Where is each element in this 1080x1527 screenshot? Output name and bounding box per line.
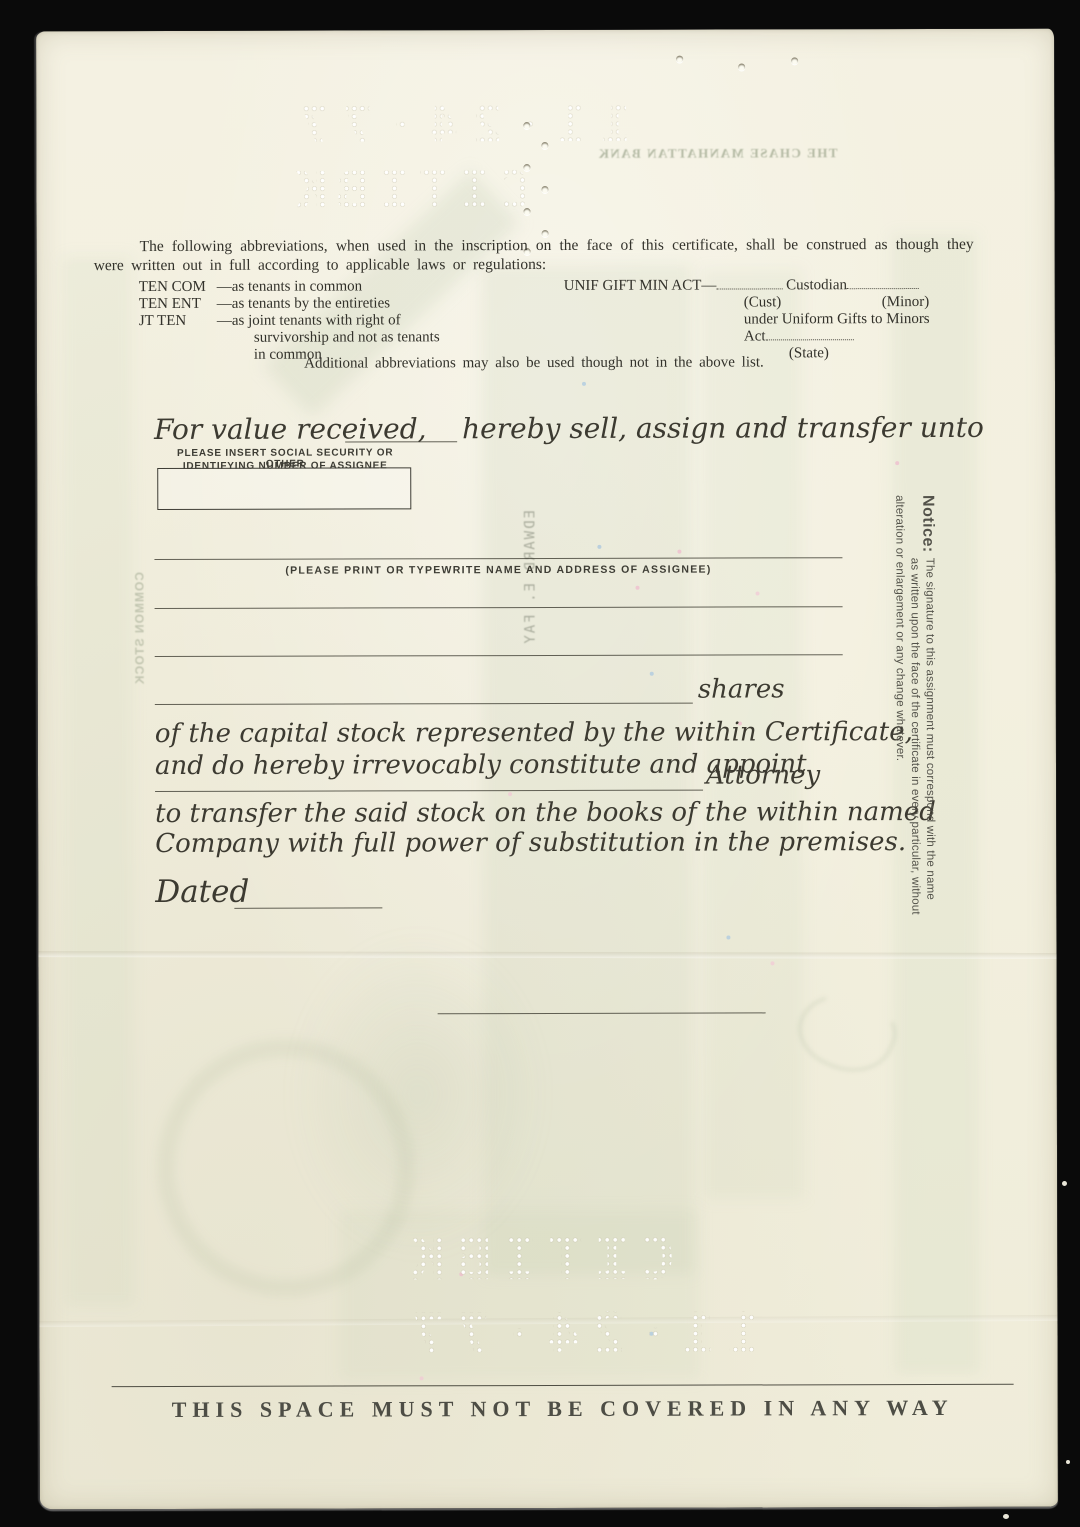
punch-hole	[542, 230, 549, 237]
abbr-jt-ten: JT TEN—as joint tenants with right of	[139, 312, 401, 330]
under-uniform-gifts: under Uniform Gifts to Minors	[744, 311, 930, 328]
signature-notice: Notice: The signature to this assignment…	[844, 495, 937, 935]
punch-date-bottom: 11·24·77	[399, 1297, 819, 1368]
assignee-line-3	[155, 654, 843, 657]
act-label: Act	[744, 328, 854, 345]
punch-hole	[676, 56, 683, 63]
paper-fibre	[771, 961, 775, 965]
abbr-ten-ent: TEN ENT—as tenants by the entireties	[139, 295, 390, 313]
dotted-leader	[847, 277, 919, 289]
print-or-typewrite-hint: (PLEASE PRINT OR TYPEWRITE NAME AND ADDR…	[154, 563, 842, 577]
punch-hole	[738, 63, 745, 70]
abbreviations-intro: The following abbreviations, when used i…	[94, 236, 974, 275]
assignee-line-1	[154, 557, 842, 560]
ssn-entry-box	[157, 467, 411, 510]
punch-cancellation-top: 11·24·77 CITIBK	[286, 87, 766, 224]
dust-speck	[1003, 1514, 1009, 1519]
abbr-ten-com-def: —as tenants in common	[217, 278, 362, 294]
punch-hole	[791, 57, 798, 64]
capital-stock-line1: of the capital stock represented by the …	[155, 717, 913, 749]
scanned-certificate-back: { "abbreviations": { "intro": "The follo…	[0, 0, 1080, 1527]
paper-fibre	[508, 792, 512, 796]
paper-fibre	[650, 672, 654, 676]
dotted-leader	[716, 277, 782, 289]
abbreviations-additional: Additional abbreviations may also be use…	[94, 354, 974, 373]
paper-fibre	[636, 586, 640, 590]
punch-hole	[523, 122, 530, 129]
sell-assign-transfer-text: hereby sell, assign and transfer unto	[462, 411, 984, 445]
dotted-leader	[766, 328, 854, 340]
abbr-unif-gift: UNIF GIFT MIN ACT— Custodian	[564, 277, 919, 295]
abbr-jt-ten-def1: —as joint tenants with right of	[217, 312, 401, 328]
paper-fibre	[597, 545, 601, 549]
abbr-ten-ent-def: —as tenants by the entireties	[217, 295, 390, 311]
custodian-label: Custodian	[786, 277, 847, 293]
showthrough-typed-assignee: EDWARD E. FAY	[522, 510, 542, 690]
notice-line1: The signature to this assignment must co…	[921, 495, 937, 935]
dated-label: Dated	[155, 874, 249, 910]
assignee-line-2	[155, 606, 843, 609]
attorney-blank-line	[155, 790, 703, 792]
paper-fibre	[726, 936, 730, 940]
attorney-word: Attorney	[706, 760, 820, 790]
punch-hole	[524, 208, 531, 215]
abbr-ten-ent-key: TEN ENT	[139, 296, 217, 313]
signature-line	[438, 1012, 766, 1014]
act-word: Act	[744, 328, 766, 344]
paper-fibre	[756, 591, 760, 595]
paper-fibre	[582, 382, 586, 386]
dated-blank-line	[234, 907, 382, 908]
showthrough-signature-flourish	[787, 978, 906, 1086]
abbr-jt-ten-cont: survivorship and not as tenants	[254, 329, 440, 346]
footer-warning: THIS SPACE MUST NOT BE COVERED IN ANY WA…	[112, 1395, 1014, 1423]
notice-label: Notice:	[920, 495, 935, 553]
cust-label: (Cust)	[744, 294, 782, 311]
paper-fibre	[895, 461, 899, 465]
fold-crease	[38, 951, 1056, 959]
books-line2: Company with full power of substitution …	[155, 827, 906, 859]
paper-fibre	[420, 1376, 424, 1380]
certificate-back-sheet: THE CHASE MANHATTAN BANK EDWARD E. FAY C…	[36, 29, 1058, 1510]
punch-hole	[523, 164, 530, 171]
showthrough-vignette	[286, 928, 549, 1261]
unif-gift-label: UNIF GIFT MIN ACT—	[564, 278, 717, 294]
dust-speck	[1062, 1181, 1067, 1186]
abbr-ten-com: TEN COM—as tenants in common	[139, 278, 362, 296]
abbr-ten-com-key: TEN COM	[139, 279, 217, 296]
minor-label: (Minor)	[882, 294, 930, 311]
abbr-jt-ten-key: JT TEN	[139, 313, 217, 330]
showthrough-stock-class: COMMON STOCK	[132, 572, 148, 722]
dust-speck	[1066, 1460, 1070, 1464]
punch-hole	[541, 142, 548, 149]
books-line1: to transfer the said stock on the books …	[155, 797, 936, 829]
punch-name-bottom: CITIBK	[399, 1219, 819, 1298]
notice-line3: alteration or enlargement or any change …	[891, 495, 907, 935]
notice-line2: as written upon the face of the certific…	[906, 495, 922, 935]
punch-hole	[541, 186, 548, 193]
punch-cancellation-bottom: CITIBK 11·24·77	[399, 1219, 819, 1368]
footer-rule	[112, 1384, 1014, 1387]
showthrough-seal	[157, 1038, 416, 1297]
showthrough-band	[62, 256, 135, 1306]
blank-line-assignor	[345, 441, 457, 442]
shares-word: shares	[698, 674, 785, 704]
shares-blank-line	[155, 703, 693, 705]
paper-fibre	[677, 550, 681, 554]
